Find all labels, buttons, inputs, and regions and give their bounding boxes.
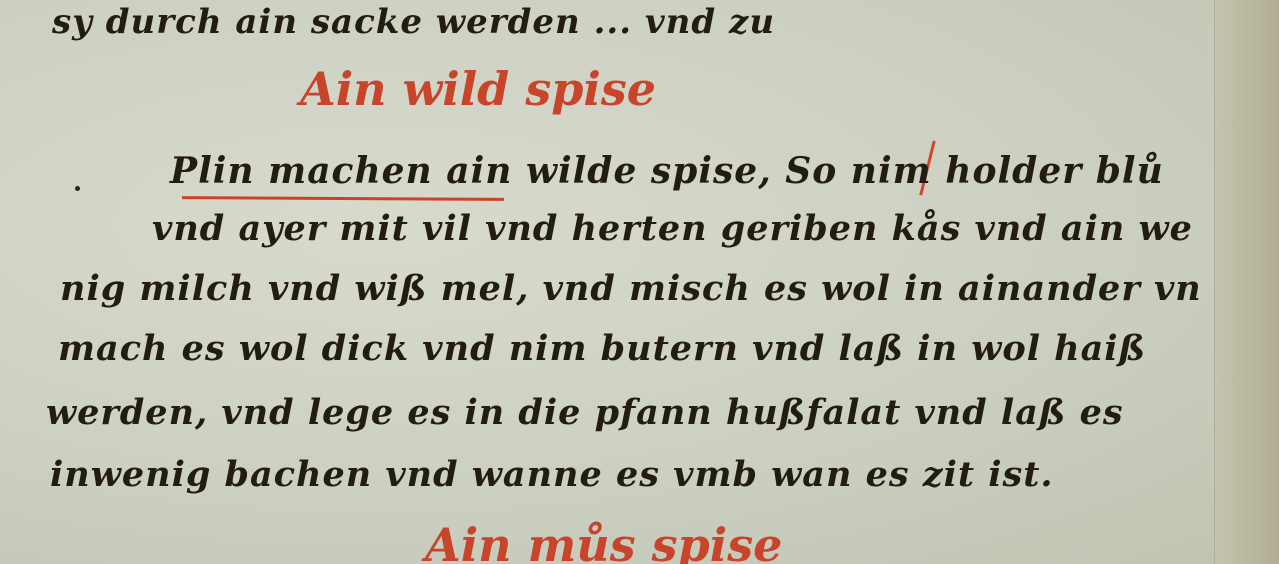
text-line-2: vnd ayer mit vil vnd herten geriben kås … (152, 208, 1193, 249)
text-line-6: inwenig bachen vnd wanne es vmb wan es z… (50, 454, 1054, 495)
title-underline (182, 196, 504, 201)
text-line-top: sy durch ain sacke werden ... vnd zu (52, 2, 775, 42)
rubric-heading-wild-spise: Ain wild spise (300, 62, 656, 116)
page-gutter (1214, 0, 1279, 564)
text-line-1: Plin machen ain wilde spise, So nim hold… (170, 150, 1164, 192)
text-line-3: nig milch vnd wiß mel, vnd misch es wol … (60, 268, 1202, 309)
text-line-4: mach es wol dick vnd nim butern vnd laß … (58, 328, 1146, 369)
manuscript-page: sy durch ain sacke werden ... vnd zu Ain… (0, 0, 1279, 564)
text-line-5: werden, vnd lege es in die pfann hußfala… (46, 392, 1124, 433)
rubric-heading-mus-spise: Ain můs spise (425, 518, 782, 564)
margin-dot (75, 186, 80, 191)
